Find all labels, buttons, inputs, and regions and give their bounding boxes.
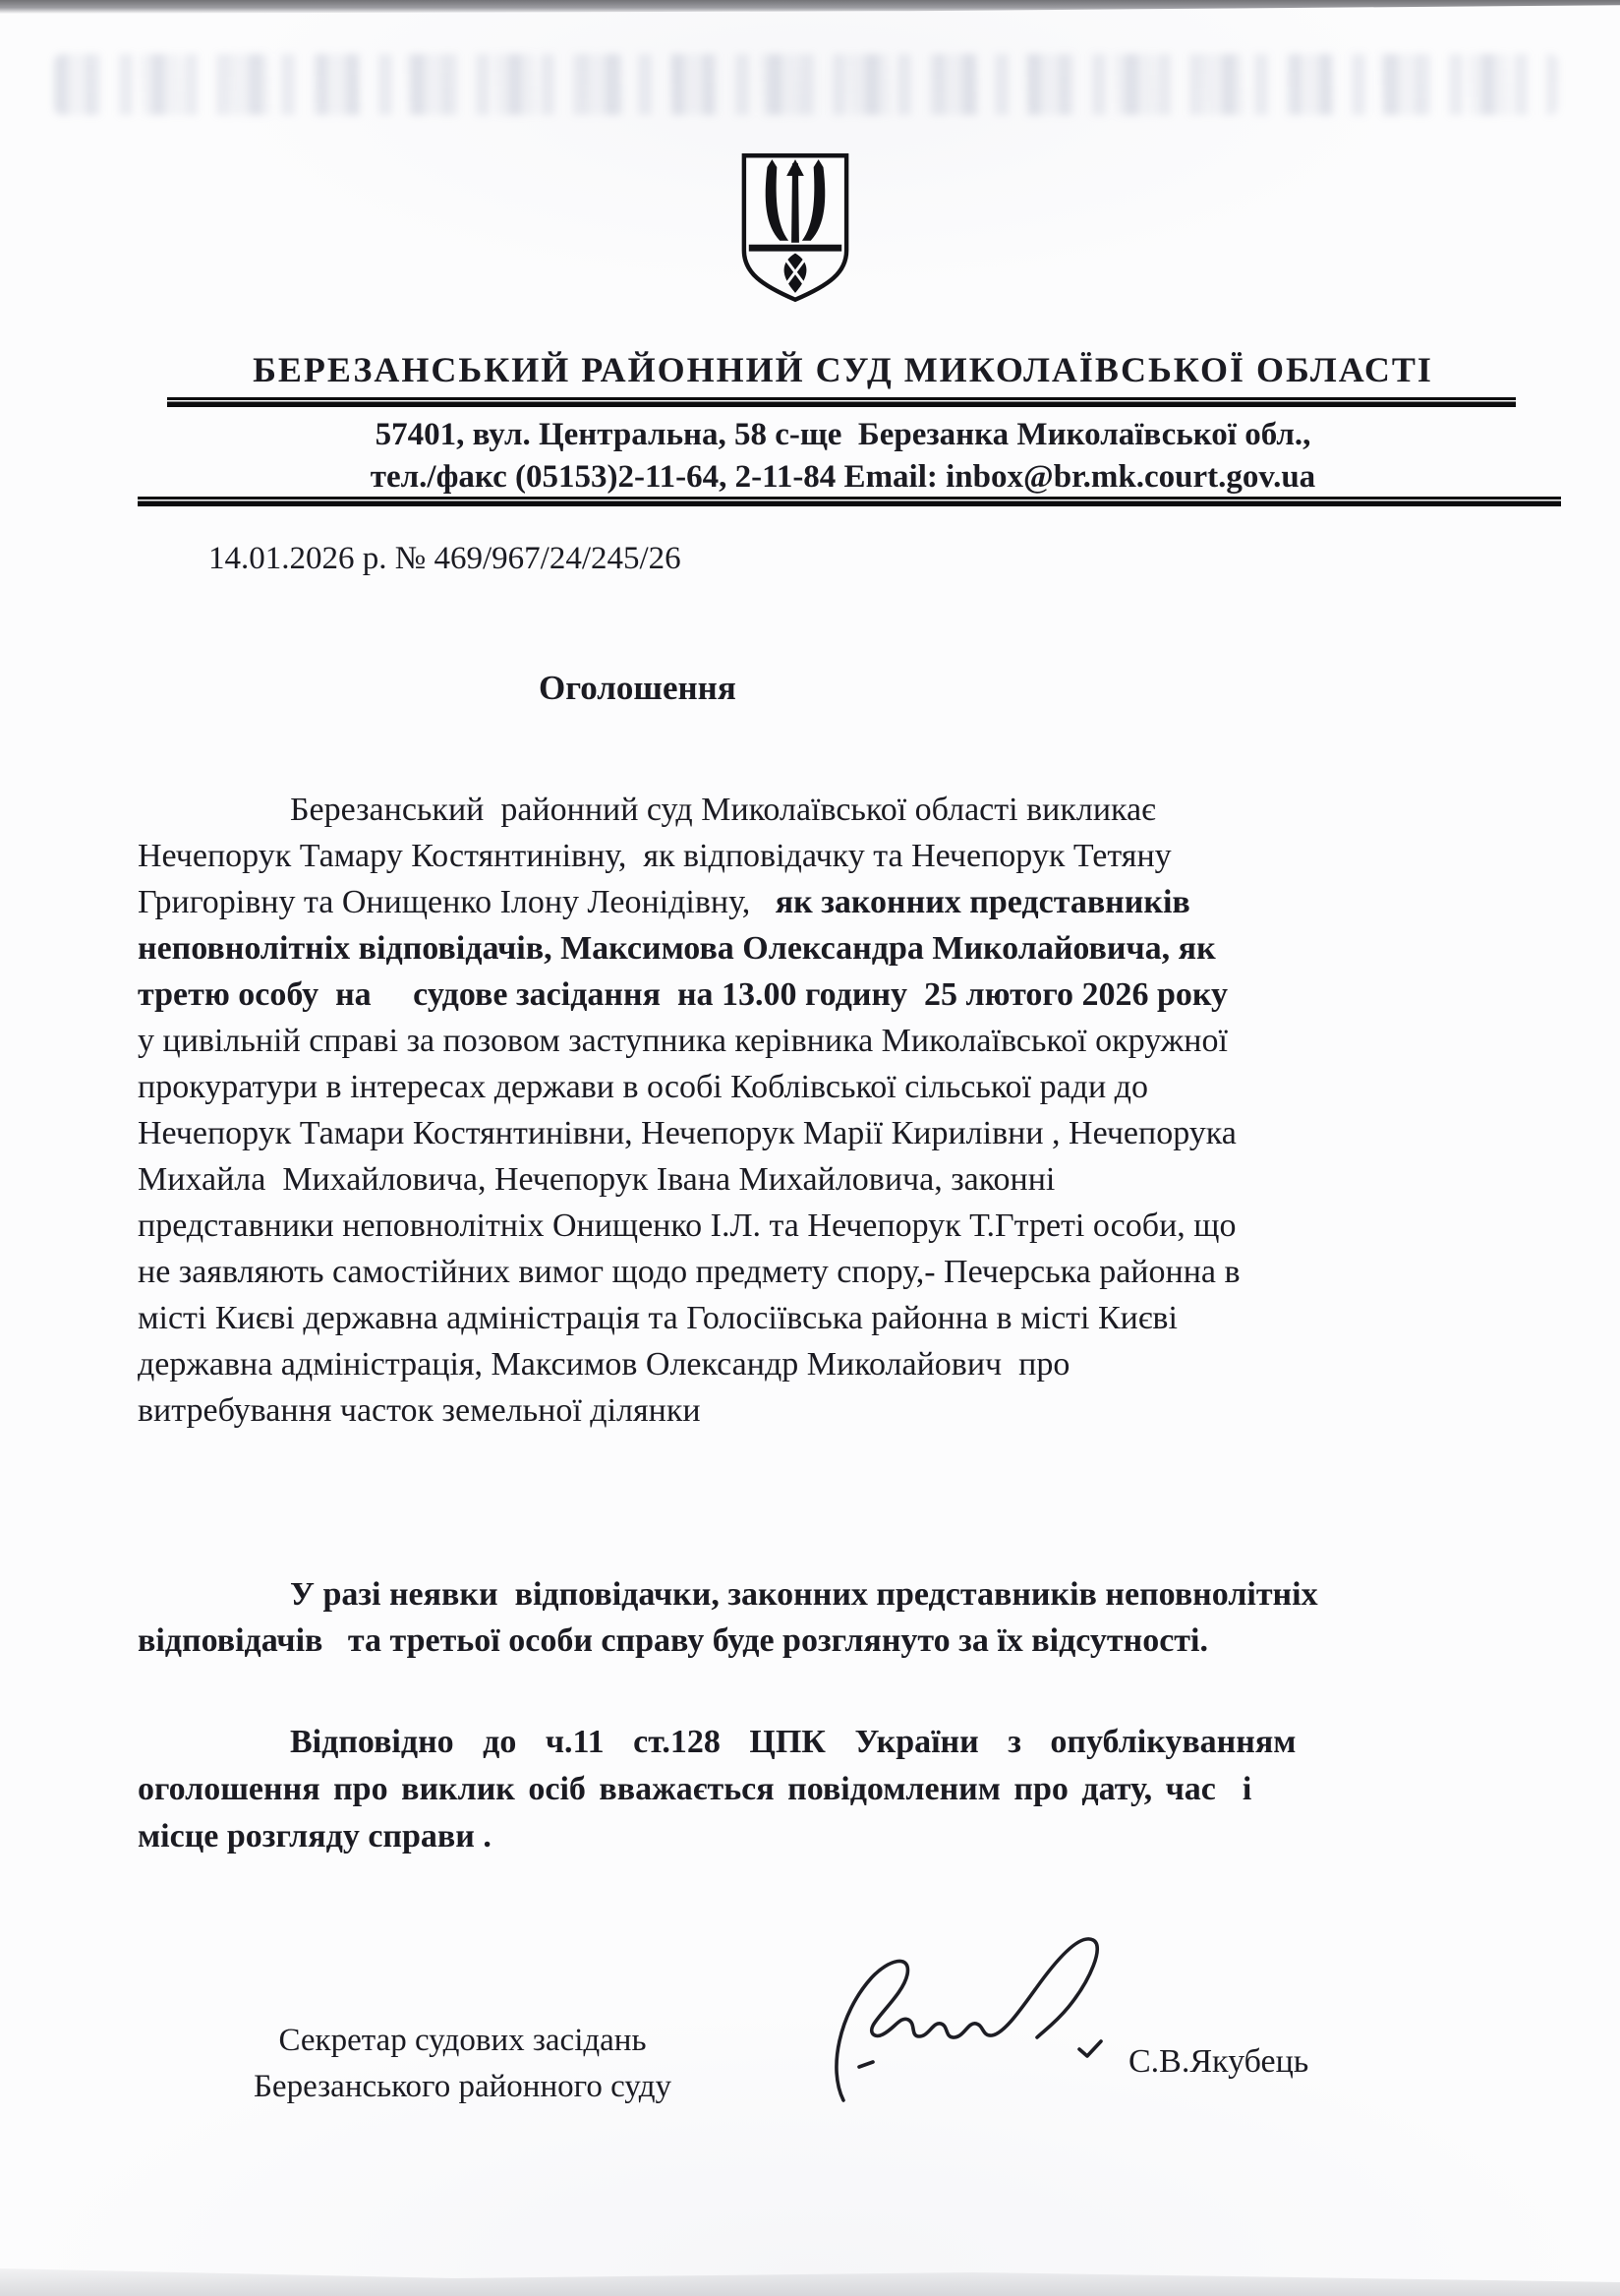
scanned-court-announcement-page: БЕРЕЗАНСЬКИЙ РАЙОННИЙ СУД МИКОЛАЇВСЬКОЇ … — [0, 0, 1620, 2296]
body-line: Григорівну та Онищенко Ілону Леонідівну,… — [138, 879, 1499, 925]
body-line: Михайла Михайловича, Нечепорук Івана Мих… — [138, 1156, 1499, 1203]
body-line: місті Києві державна адміністрація та Го… — [138, 1295, 1499, 1341]
ghost-bleedthrough-text — [54, 54, 1558, 115]
body-line: не заявляють самостійних вимог щодо пред… — [138, 1249, 1499, 1295]
handwritten-signature-icon — [814, 1919, 1160, 2106]
body-line: витребування часток земельної ділянки — [138, 1387, 1499, 1434]
body-line: У разі неявки відповідачки, законних пре… — [138, 1571, 1499, 1618]
court-address-line: 57401, вул. Центральна, 58 с-ще Березанк… — [167, 417, 1519, 453]
announcement-paragraph: Березанський районний суд Миколаївської … — [138, 787, 1499, 1434]
body-line: Відповідно до ч.11 ст.128 ЦПК України з … — [138, 1719, 1499, 1766]
legal-basis-paragraph: Відповідно до ч.11 ст.128 ЦПК України з … — [138, 1719, 1499, 1860]
body-line: неповнолітніх відповідачів, Максимова Ол… — [138, 925, 1499, 971]
body-line: Нечепорук Тамари Костянтинівни, Нечепору… — [138, 1110, 1499, 1156]
body-line: відповідачів та третьої особи справу буд… — [138, 1618, 1499, 1664]
body-line: оголошення про виклик осіб вважається по… — [138, 1766, 1499, 1813]
ukraine-trident-emblem-icon — [737, 147, 853, 307]
signatory-name: С.В.Якубець — [1128, 2043, 1308, 2081]
header-divider-rule-top — [167, 397, 1516, 407]
signatory-role: Секретар судових засідань Березанського … — [185, 2018, 740, 2110]
body-line: представники неповнолітніх Онищенко І.Л.… — [138, 1203, 1499, 1249]
body-line: місце розгляду справи . — [138, 1813, 1499, 1860]
body-line-regular-part: Григорівну та Онищенко Ілону Леонідівну, — [138, 884, 776, 920]
body-line-bold-part: як законних представників — [776, 884, 1190, 920]
scan-top-edge-artifact — [0, 0, 1620, 14]
signatory-role-line2: Березанського районного суду — [185, 2064, 740, 2110]
court-contact-line: тел./факс (05153)2-11-64, 2-11-84 Email:… — [167, 459, 1519, 496]
body-line: Березанський районний суд Миколаївської … — [138, 787, 1499, 833]
document-title: Оголошення — [539, 669, 736, 708]
body-line: Нечепорук Тамару Костянтинівну, як відпо… — [138, 833, 1499, 879]
body-line: прокуратури в інтересах держави в особі … — [138, 1064, 1499, 1110]
header-divider-rule-bottom — [138, 497, 1561, 506]
scan-bottom-shadow-artifact — [0, 2257, 1620, 2296]
absence-warning-paragraph: У разі неявки відповідачки, законних пре… — [138, 1571, 1499, 1664]
signatory-role-line1: Секретар судових засідань — [185, 2018, 740, 2064]
date-and-case-number: 14.01.2026 р. № 469/967/24/245/26 — [208, 541, 681, 577]
body-line: у цивільній справі за позовом заступника… — [138, 1018, 1499, 1064]
body-line: третю особу на судове засідання на 13.00… — [138, 971, 1499, 1018]
body-line: державна адміністрація, Максимов Олексан… — [138, 1341, 1499, 1387]
court-name-heading: БЕРЕЗАНСЬКИЙ РАЙОННИЙ СУД МИКОЛАЇВСЬКОЇ … — [167, 349, 1519, 390]
